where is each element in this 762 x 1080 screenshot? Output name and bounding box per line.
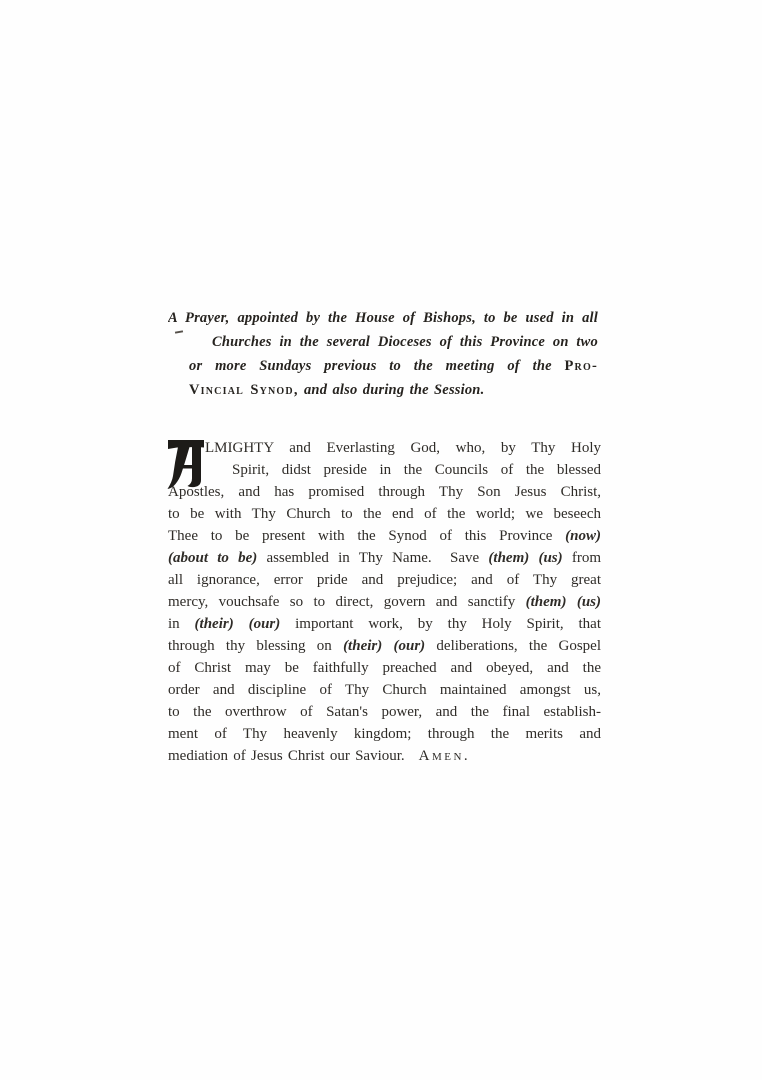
prayer-line: Apostles, and has promised through Thy S… — [168, 481, 601, 503]
prayer-line: to be with Thy Church to the end of the … — [168, 503, 601, 525]
text-segment: or more Sundays previous to the meeting … — [189, 358, 565, 374]
prayer-line: all ignorance, error pride and prejudice… — [168, 569, 601, 591]
text-segment: Churches in the several Dioceses of this… — [212, 334, 598, 350]
prayer-line: LMIGHTY and Everlasting God, who, by Thy… — [168, 437, 601, 459]
text-segment: all ignorance, error pride and prejudice… — [168, 572, 601, 588]
prayer-line: Thee to be present with the Synod of thi… — [168, 525, 601, 547]
text-segment: Apostles, and has promised through Thy S… — [168, 484, 601, 500]
text-segment: order and discipline of Thy Church maint… — [168, 682, 601, 698]
text-segment: (their) — [195, 616, 234, 632]
text-segment: (them) — [526, 594, 567, 610]
prayer-line: (about to be) assembled in Thy Name. Sav… — [168, 547, 601, 569]
prayer-line: mercy, vouchsafe so to direct, govern an… — [168, 591, 601, 613]
text-segment: and also during the Session. — [299, 382, 485, 398]
text-segment: mediation of Jesus Christ our Saviour. — [168, 748, 405, 764]
text-segment: (about to be) — [168, 550, 257, 566]
text-segment: (their) — [343, 638, 382, 654]
text-segment: Pro- — [565, 358, 599, 374]
prayer-line: in (their) (our) important work, by thy … — [168, 613, 601, 635]
text-segment: deliberations, the Gospel — [425, 638, 601, 654]
text-segment: (our) — [394, 638, 426, 654]
text-segment: LMIGHTY and Everlasting God, who, by Thy… — [205, 440, 601, 456]
text-segment: through thy blessing on — [168, 638, 343, 654]
prayer-line: of Christ may be faithfully preached and… — [168, 657, 601, 679]
prayer-line: Spirit, didst preside in the Councils of… — [168, 459, 601, 481]
text-segment: to be with Thy Church to the end of the … — [168, 506, 601, 522]
text-segment: ment of Thy heavenly kingdom; through th… — [168, 726, 601, 742]
text-segment: in — [168, 616, 195, 632]
text-segment — [566, 594, 576, 610]
text-segment: important work, by thy Holy Spirit, that — [280, 616, 601, 632]
text-segment: (us) — [577, 594, 601, 610]
text-segment: (our) — [249, 616, 281, 632]
heading-line: A Prayer, appointed by the House of Bish… — [168, 306, 598, 330]
prayer-line: through thy blessing on (their) (our) de… — [168, 635, 601, 657]
text-segment — [234, 616, 249, 632]
text-segment: mercy, vouchsafe so to direct, govern an… — [168, 594, 526, 610]
text-segment: assembled in Thy Name. Save — [257, 550, 488, 566]
prayer-line: order and discipline of Thy Church maint… — [168, 679, 601, 701]
text-segment: (us) — [538, 550, 562, 566]
text-segment: Amen. — [419, 748, 471, 764]
blackletter-a-icon — [167, 439, 205, 489]
text-segment: Thee to be present with the Synod of thi… — [168, 528, 565, 544]
text-segment: A Prayer, appointed by the House of Bish… — [168, 310, 598, 326]
text-segment: of Christ may be faithfully preached and… — [168, 660, 601, 676]
text-segment: to the overthrow of Satan's power, and t… — [168, 704, 601, 720]
scan-artifact-mark — [175, 330, 183, 333]
heading-line: Churches in the several Dioceses of this… — [212, 330, 598, 354]
text-segment: Spirit, didst preside in the Councils of… — [232, 462, 601, 478]
prayer-line: to the overthrow of Satan's power, and t… — [168, 701, 601, 723]
prayer-line: ment of Thy heavenly kingdom; through th… — [168, 723, 601, 745]
heading-line: Vincial Synod, and also during the Sessi… — [189, 378, 598, 402]
drop-cap-initial — [167, 439, 205, 489]
text-segment: from — [563, 550, 601, 566]
text-segment: Vincial Synod, — [189, 382, 299, 398]
prayer-line: mediation of Jesus Christ our Saviour.Am… — [168, 745, 601, 767]
text-segment: (them) — [488, 550, 529, 566]
text-segment: (now) — [565, 528, 601, 544]
heading: A Prayer, appointed by the House of Bish… — [168, 306, 598, 402]
heading-line: or more Sundays previous to the meeting … — [189, 354, 598, 378]
text-segment — [382, 638, 393, 654]
prayer-paragraph: LMIGHTY and Everlasting God, who, by Thy… — [168, 437, 601, 767]
page: A Prayer, appointed by the House of Bish… — [0, 0, 762, 1080]
